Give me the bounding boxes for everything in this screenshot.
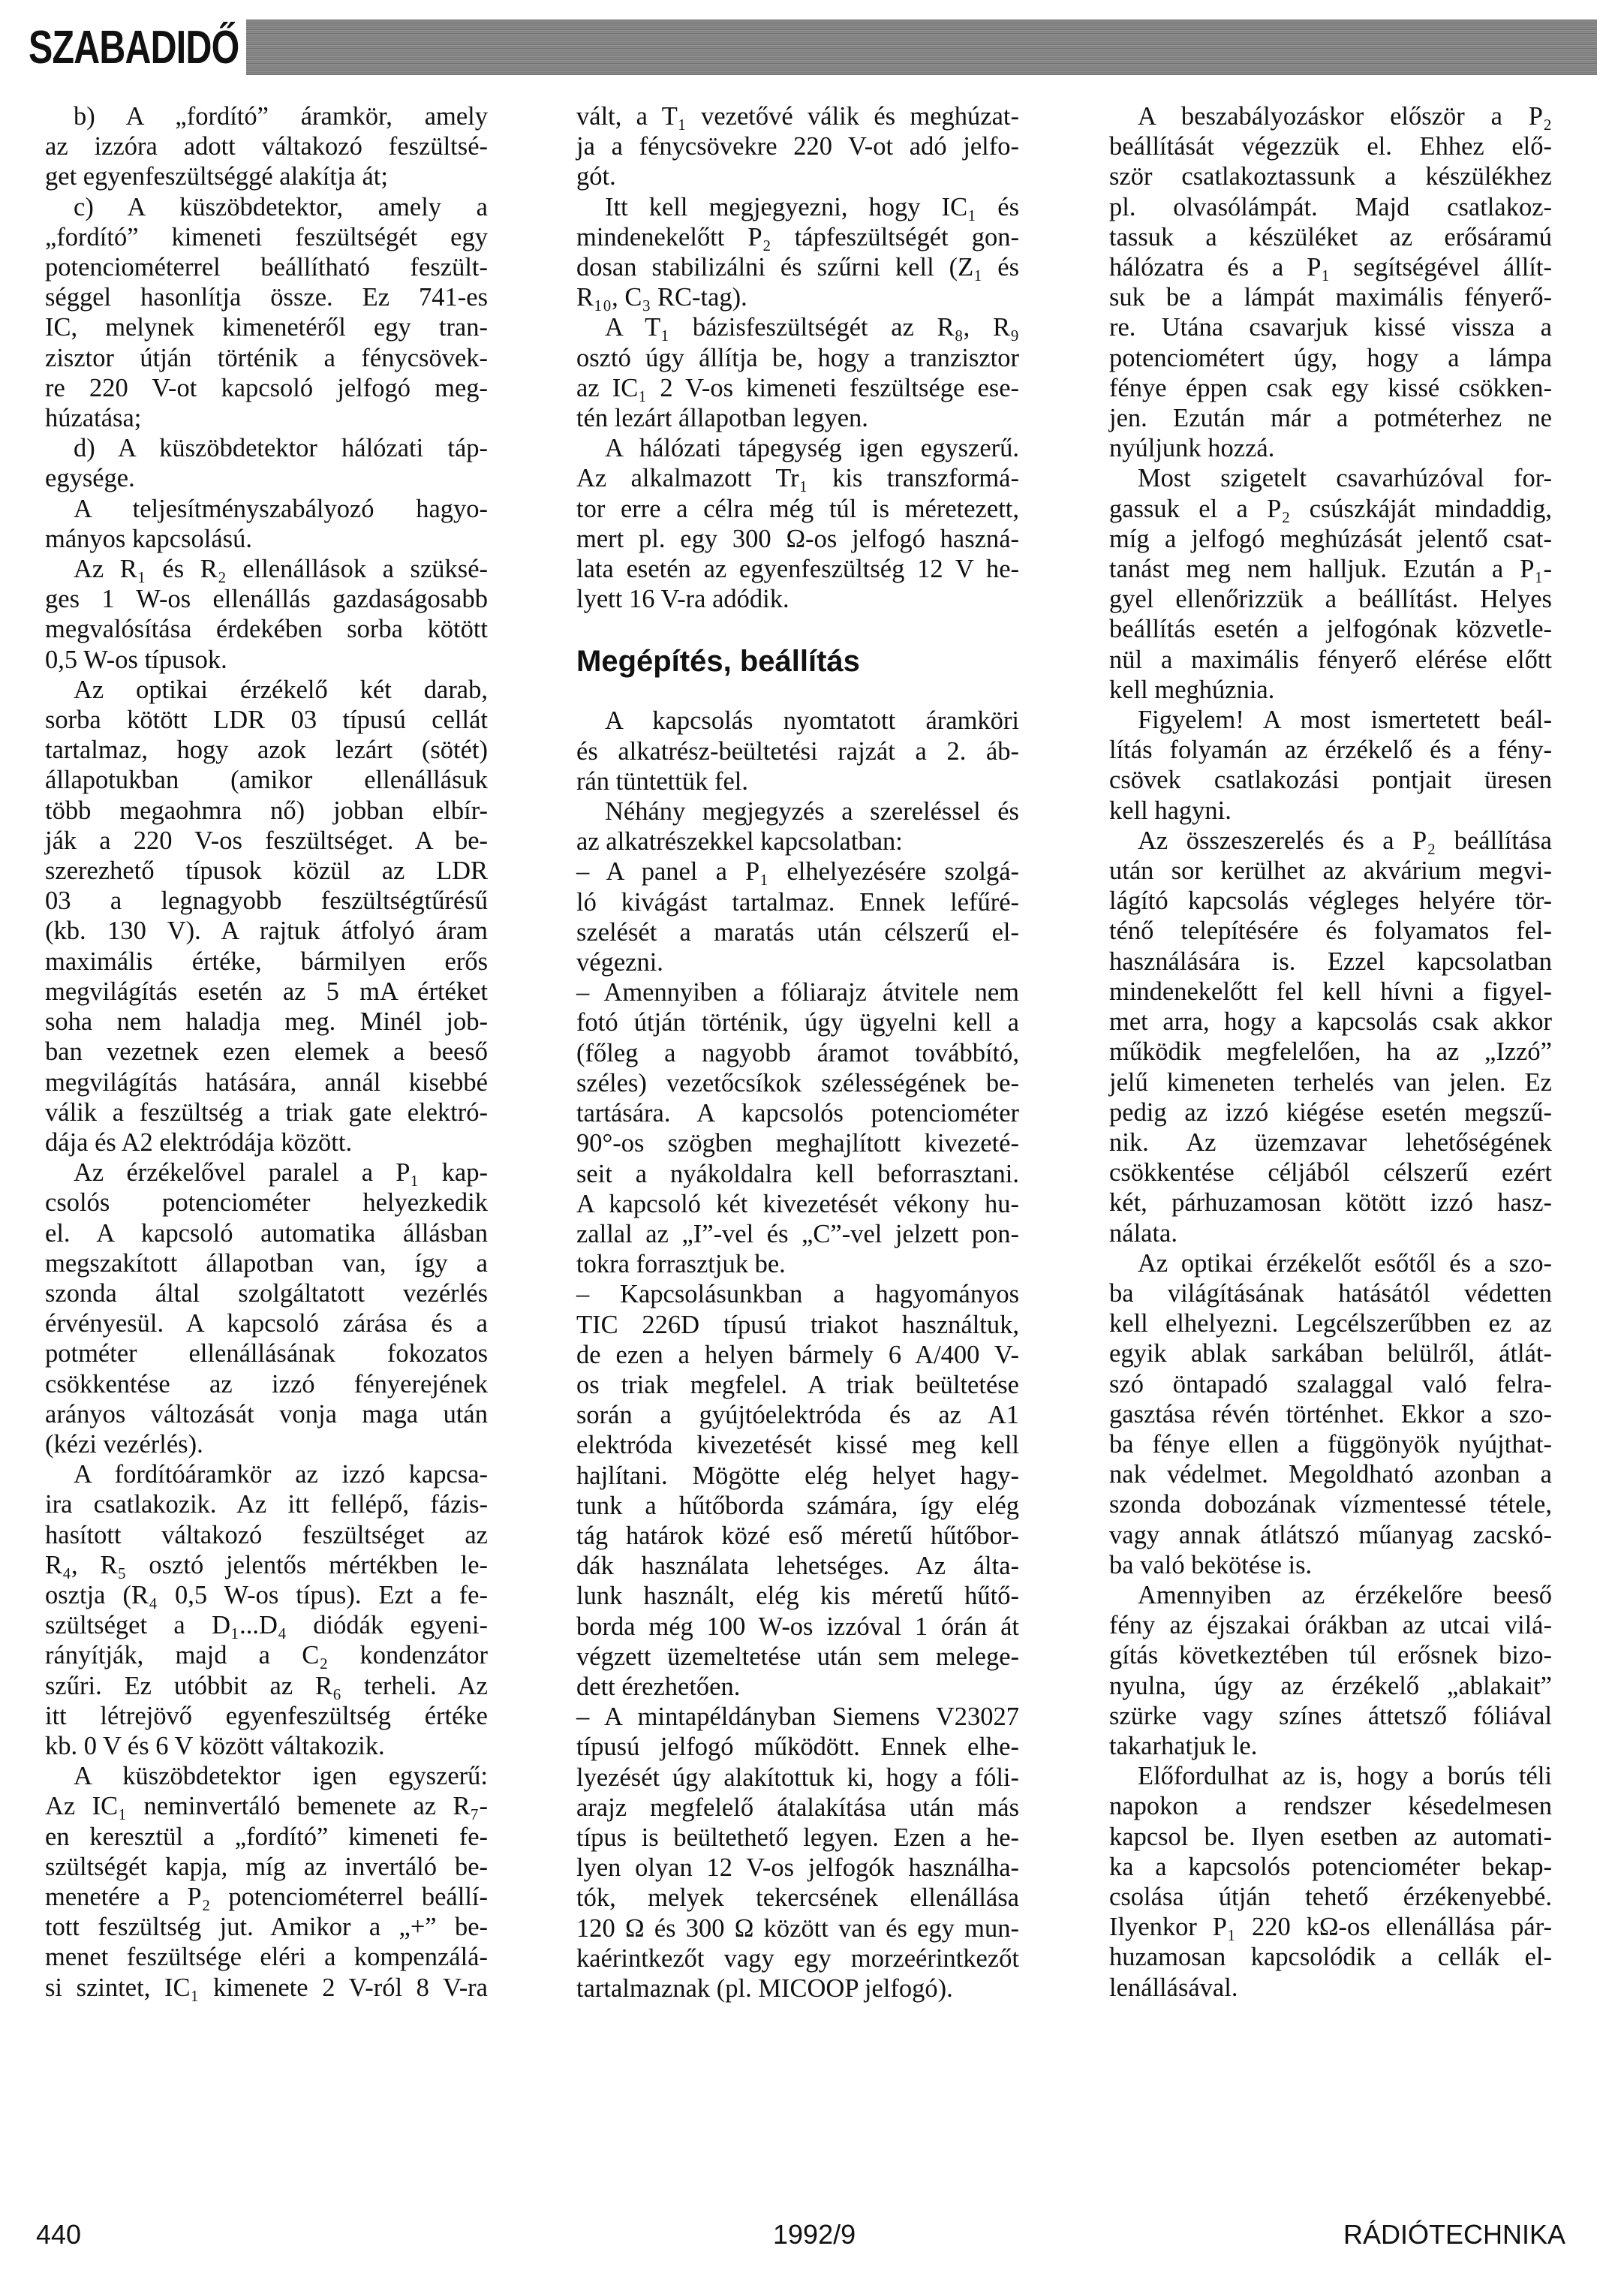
text-line: érvényesül. A kapcsoló zárása és a bbox=[45, 1308, 488, 1338]
text-line: tág határok közé eső méretű hűtőbor- bbox=[576, 1521, 1019, 1551]
text-line: A fordítóáramkör az izzó kapcsa- bbox=[45, 1459, 488, 1489]
magazine-name: RÁDIÓTECHNIKA bbox=[1343, 2219, 1565, 2250]
text-line: gót. bbox=[576, 161, 1019, 191]
text-line: maximális értéke, bármilyen erős bbox=[45, 947, 488, 977]
text-line: c) A küszöbdetektor, amely a bbox=[45, 192, 488, 222]
text-line: A küszöbdetektor igen egyszerű: bbox=[45, 1761, 488, 1791]
text-line: Az IC₁ neminvertáló bemenete az R₇- bbox=[45, 1791, 488, 1821]
text-line: típus is beültethető legyen. Ezen a he- bbox=[576, 1823, 1019, 1853]
text-line: Az alkalmazott Tr₁ kis transzformá- bbox=[576, 463, 1019, 493]
text-line: kb. 0 V és 6 V között váltakozik. bbox=[45, 1731, 488, 1761]
text-line: napokon a rendszer késedelmesen bbox=[1109, 1791, 1552, 1821]
text-line: seit a nyákoldalra kell beforrasztani. bbox=[576, 1159, 1019, 1189]
text-line: csökkentése céljából célszerű ezért bbox=[1109, 1158, 1552, 1188]
text-line: több megaohmra nő) jobban elbír- bbox=[45, 796, 488, 826]
text-line: nak védelmet. Megoldható azonban a bbox=[1109, 1459, 1552, 1489]
text-line: Az R₁ és R₂ ellenállások a szüksé- bbox=[45, 554, 488, 584]
text-line: hálózatra és a P₁ segítségével állít- bbox=[1109, 252, 1552, 282]
text-line: vált, a T₁ vezetővé válik és meghúzat- bbox=[576, 101, 1019, 131]
text-line: vagy annak átlátszó műanyag zacskó- bbox=[1109, 1520, 1552, 1550]
text-line: beállítását végezzük el. Ehhez elő- bbox=[1109, 131, 1552, 161]
text-line: lata esetén az egyenfeszültség 12 V he- bbox=[576, 554, 1019, 584]
text-line: potenciométerrel beállítható feszült- bbox=[45, 252, 488, 282]
text-line: el. A kapcsoló automatika állásban bbox=[45, 1218, 488, 1248]
text-line: tott feszültség jut. Amikor a „+” be- bbox=[45, 1912, 488, 1942]
text-line: zallal az „I”-vel és „C”-vel jelzett pon… bbox=[576, 1219, 1019, 1249]
text-line: széles) vezetőcsíkok szélességének be- bbox=[576, 1068, 1019, 1098]
text-line: hajlítani. Mögötte elég helyet hagy- bbox=[576, 1461, 1019, 1491]
text-line: lyen olyan 12 V-os jelfogók használha- bbox=[576, 1853, 1019, 1883]
text-line: az IC₁ 2 V-os kimeneti feszültsége ese- bbox=[576, 373, 1019, 403]
text-line: re 220 V-ot kapcsoló jelfogó meg- bbox=[45, 373, 488, 403]
text-line: tanást meg nem halljuk. Ezután a P₁- bbox=[1109, 554, 1552, 584]
text-line: gassuk el a P₂ csúszkáját mindaddig, bbox=[1109, 494, 1552, 524]
text-line: lunk használt, elég kis méretű hűtő- bbox=[576, 1581, 1019, 1611]
text-line: borda még 100 W-os izzóval 1 órán át bbox=[576, 1612, 1019, 1642]
page-number: 440 bbox=[36, 2219, 81, 2250]
text-line: os triak megfelel. A triak beültetése bbox=[576, 1370, 1019, 1400]
text-line: pl. olvasólámpát. Majd csatlakoz- bbox=[1109, 192, 1552, 222]
text-line: elektróda kivezetését kissé meg kell bbox=[576, 1430, 1019, 1460]
text-line: végezni. bbox=[576, 947, 1019, 977]
text-line: 90°-os szögben meghajlított kivezeté- bbox=[576, 1128, 1019, 1158]
text-line: ka a kapcsolós potenciométer bekap- bbox=[1109, 1852, 1552, 1882]
text-line: met arra, hogy a kapcsolás csak akkor bbox=[1109, 1007, 1552, 1037]
text-line: R₁₀, C₃ RC-tag). bbox=[576, 282, 1019, 312]
text-line: fény az éjszakai órákban az utcai vilá- bbox=[1109, 1610, 1552, 1640]
text-line: – Kapcsolásunkban a hagyományos bbox=[576, 1279, 1019, 1309]
text-line: használására is. Ezzel kapcsolatban bbox=[1109, 947, 1552, 977]
text-line: A kapcsolás nyomtatott áramköri bbox=[576, 706, 1019, 736]
text-line: kell meghúznia. bbox=[1109, 675, 1552, 705]
text-line: (főleg a nagyobb áramot továbbító, bbox=[576, 1038, 1019, 1068]
text-line: menetére a P₂ potenciométerrel beállí- bbox=[45, 1882, 488, 1912]
text-line: megszakított állapotban van, így a bbox=[45, 1248, 488, 1278]
text-line: suk be a lámpát maximális fényerő- bbox=[1109, 282, 1552, 312]
text-line: Ilyenkor P₁ 220 kΩ-os ellenállása pár- bbox=[1109, 1912, 1552, 1942]
text-line: dája és A2 elektródája között. bbox=[45, 1127, 488, 1158]
text-line: szelését a maratás után célszerű el- bbox=[576, 917, 1019, 947]
text-line: de ezen a helyen bármely 6 A/400 V- bbox=[576, 1340, 1019, 1370]
text-line: szerezhető típusok közül az LDR bbox=[45, 856, 488, 886]
text-line: míg a jelfogó meghúzását jelentő csat- bbox=[1109, 524, 1552, 554]
text-line: gasztása révén történhet. Ekkor a szo- bbox=[1109, 1399, 1552, 1429]
text-line: tor erre a célra még túl is méretezett, bbox=[576, 494, 1019, 524]
text-line: tén lezárt állapotban legyen. bbox=[576, 403, 1019, 433]
text-line: szültségét kapja, míg az invertáló be- bbox=[45, 1852, 488, 1882]
text-line: megvalósítása érdekében sorba kötött bbox=[45, 614, 488, 644]
text-line: tartalmaznak (pl. MICOOP jelfogó). bbox=[576, 1973, 1019, 2004]
text-line: TIC 226D típusú triakot használtuk, bbox=[576, 1310, 1019, 1340]
article-column-1: b) A „fordító” áramkör, amelyaz izzóra a… bbox=[45, 101, 488, 2003]
text-line: dett érezhetően. bbox=[576, 1672, 1019, 1702]
text-line: nyúljunk hozzá. bbox=[1109, 433, 1552, 463]
text-line: A T₁ bázisfeszültségét az R₈, R₉ bbox=[576, 312, 1019, 342]
text-line: arányos változását vonja maga után bbox=[45, 1399, 488, 1429]
text-line: szűri. Ez utóbbit az R₆ terheli. Az bbox=[45, 1671, 488, 1701]
text-line: ba fénye ellen a függönyök nyújthat- bbox=[1109, 1429, 1552, 1459]
text-line: során a gyújtóelektróda és az A1 bbox=[576, 1400, 1019, 1430]
column-2-intro: vált, a T₁ vezetővé válik és meghúzat-ja… bbox=[576, 101, 1019, 614]
text-line: ször csatlakoztassunk a készülékhez bbox=[1109, 161, 1552, 191]
text-line: ban vezetnek ezen elemek a beeső bbox=[45, 1037, 488, 1067]
text-line: mányos kapcsolású. bbox=[45, 524, 488, 554]
issue-number: 1992/9 bbox=[773, 2219, 856, 2250]
text-line: szonda dobozának vízmentessé tétele, bbox=[1109, 1489, 1552, 1519]
text-line: – A panel a P₁ elhelyezésére szolgá- bbox=[576, 857, 1019, 887]
text-line: osztja (R₄ 0,5 W-os típus). Ezt a fe- bbox=[45, 1580, 488, 1610]
text-line: IC, melynek kimenetéről egy tran- bbox=[45, 312, 488, 342]
text-line: az alkatrészekkel kapcsolatban: bbox=[576, 826, 1019, 857]
text-line: egysége. bbox=[45, 463, 488, 493]
text-line: kaérintkezőt vagy egy morzeérintkezőt bbox=[576, 1943, 1019, 1973]
text-line: nálata. bbox=[1109, 1218, 1552, 1248]
text-line: lyezését úgy alakítottuk ki, hogy a fóli… bbox=[576, 1763, 1019, 1793]
text-line: végzett üzemeltetése után sem melege- bbox=[576, 1642, 1019, 1672]
text-line: Itt kell megjegyezni, hogy IC₁ és bbox=[576, 192, 1019, 222]
text-line: Most szigetelt csavarhúzóval for- bbox=[1109, 463, 1552, 493]
text-line: dosan stabilizálni és szűrni kell (Z₁ és bbox=[576, 252, 1019, 282]
header-halftone-bar bbox=[246, 20, 1597, 75]
text-line: (kb. 130 V). A rajtuk átfolyó áram bbox=[45, 916, 488, 946]
text-line: pedig az izzó kiégése esetén megszű- bbox=[1109, 1097, 1552, 1127]
text-line: rán tüntettük fel. bbox=[576, 766, 1019, 796]
text-line: zisztor útján történik a fénycsövek- bbox=[45, 343, 488, 373]
text-line: ja a fénycsövekre 220 V-ot adó jelfo- bbox=[576, 131, 1019, 161]
text-line: típusú jelfogó működött. Ennek elhe- bbox=[576, 1732, 1019, 1762]
text-line: soha nem haladja meg. Minél job- bbox=[45, 1007, 488, 1037]
text-line: Az érzékelővel paralel a P₁ kap- bbox=[45, 1158, 488, 1188]
text-line: itt létrejövő egyenfeszültség értéke bbox=[45, 1701, 488, 1731]
text-line: Az optikai érzékelő két darab, bbox=[45, 675, 488, 705]
text-line: get egyenfeszültséggé alakítja át; bbox=[45, 161, 488, 191]
text-line: kell elhelyezni. Legcélszerűbben ez az bbox=[1109, 1308, 1552, 1338]
text-line: Figyelem! A most ismertetett beál- bbox=[1109, 705, 1552, 735]
text-line: szürke vagy színes áttetsző fóliával bbox=[1109, 1701, 1552, 1731]
text-line: mindenekelőtt fel kell hívni a figyel- bbox=[1109, 977, 1552, 1007]
text-line: gítás következtében túl erősnek bizo- bbox=[1109, 1640, 1552, 1670]
text-line: mert pl. egy 300 Ω-os jelfogó haszná- bbox=[576, 524, 1019, 554]
text-line: és alkatrész-beültetési rajzát a 2. áb- bbox=[576, 736, 1019, 766]
text-line: „fordító” kimeneti feszültségét egy bbox=[45, 222, 488, 252]
text-line: beállítás esetén a jelfogónak közvetle- bbox=[1109, 614, 1552, 644]
text-line: csolós potenciométer helyezkedik bbox=[45, 1188, 488, 1218]
text-line: 03 a legnagyobb feszültségtűrésű bbox=[45, 886, 488, 916]
text-line: 0,5 W-os típusok. bbox=[45, 645, 488, 675]
text-line: dák használata lehetséges. Az álta- bbox=[576, 1551, 1019, 1581]
text-line: lyett 16 V-ra adódik. bbox=[576, 584, 1019, 614]
text-line: jelű kimeneten terhelés van jelen. Ez bbox=[1109, 1067, 1552, 1097]
text-line: tokra forrasztjuk be. bbox=[576, 1249, 1019, 1279]
text-line: rányítják, majd a C₂ kondenzátor bbox=[45, 1640, 488, 1670]
text-line: potenciométert úgy, hogy a lámpa bbox=[1109, 343, 1552, 373]
text-line: lenállásával. bbox=[1109, 1973, 1552, 2003]
text-line: nik. Az üzemzavar lehetőségének bbox=[1109, 1127, 1552, 1158]
text-line: A hálózati tápegység igen egyszerű. bbox=[576, 433, 1019, 463]
text-line: kell hagyni. bbox=[1109, 796, 1552, 826]
text-line: húzatása; bbox=[45, 403, 488, 433]
column-2-body: A kapcsolás nyomtatott áramköriés alkatr… bbox=[576, 706, 1019, 2004]
text-line: fénye éppen csak egy kissé csökken- bbox=[1109, 373, 1552, 403]
text-line: az izzóra adott váltakozó feszültsé- bbox=[45, 131, 488, 161]
text-line: nül a maximális fényerő elérése előtt bbox=[1109, 645, 1552, 675]
text-line: osztó úgy állítja be, hogy a tranzisztor bbox=[576, 343, 1019, 373]
text-line: fotó útján történik, úgy ügyelni kell a bbox=[576, 1007, 1019, 1037]
text-line: Amennyiben az érzékelőre beeső bbox=[1109, 1580, 1552, 1610]
text-line: működik megfelelően, ha az „Izzó” bbox=[1109, 1037, 1552, 1067]
text-line: tunk a hűtőborda számára, így elég bbox=[576, 1491, 1019, 1521]
text-line: A kapcsoló két kivezetését vékony hu- bbox=[576, 1189, 1019, 1219]
text-line: en keresztül a „fordító” kimeneti fe- bbox=[45, 1822, 488, 1852]
text-line: – Amennyiben a fóliarajz átvitele nem bbox=[576, 977, 1019, 1007]
text-line: ják a 220 V-os feszültséget. A be- bbox=[45, 826, 488, 856]
text-line: Néhány megjegyzés a szereléssel és bbox=[576, 796, 1019, 826]
text-line: (kézi vezérlés). bbox=[45, 1429, 488, 1459]
text-line: megvilágítás hatására, annál kisebbé bbox=[45, 1067, 488, 1097]
text-line: két, párhuzamosan kötött izzó hasz- bbox=[1109, 1188, 1552, 1218]
text-line: Az összeszerelés és a P₂ beállítása bbox=[1109, 826, 1552, 856]
section-heading: Megépítés, beállítás bbox=[576, 643, 1019, 680]
text-line: szó öntapadó szalaggal való felra- bbox=[1109, 1369, 1552, 1399]
text-line: gyel ellenőrizzük a beállítást. Helyes bbox=[1109, 584, 1552, 614]
text-line: b) A „fordító” áramkör, amely bbox=[45, 101, 488, 131]
text-line: állapotukban (amikor ellenállásuk bbox=[45, 765, 488, 795]
text-line: – A mintapéldányban Siemens V23027 bbox=[576, 1702, 1019, 1732]
text-line: R₄, R₅ osztó jelentős mértékben le- bbox=[45, 1550, 488, 1580]
text-line: ba való bekötése is. bbox=[1109, 1550, 1552, 1580]
text-line: potméter ellenállásának fokozatos bbox=[45, 1338, 488, 1368]
text-line: lágító kapcsolás végleges helyére tör- bbox=[1109, 886, 1552, 916]
text-line: tartására. A kapcsolós potenciométer bbox=[576, 1098, 1019, 1128]
text-line: válik a feszültség a triak gate elektró- bbox=[45, 1097, 488, 1127]
text-line: mindenekelőtt P₂ tápfeszültségét gon- bbox=[576, 222, 1019, 252]
text-line: hasított váltakozó feszültséget az bbox=[45, 1520, 488, 1550]
text-line: tartalmaz, hogy azok lezárt (sötét) bbox=[45, 735, 488, 765]
article-column-2: vált, a T₁ vezetővé válik és meghúzat-ja… bbox=[576, 101, 1019, 2004]
text-line: A beszabályozáskor először a P₂ bbox=[1109, 101, 1552, 131]
text-line: si szintet, IC₁ kimenete 2 V-ról 8 V-ra bbox=[45, 1973, 488, 2003]
text-line: ba világításának hatásától védetten bbox=[1109, 1278, 1552, 1308]
text-line: csövek csatlakozási pontjait üresen bbox=[1109, 765, 1552, 795]
text-line: ira csatlakozik. Az itt fellépő, fázis- bbox=[45, 1489, 488, 1519]
text-line: takarhatjuk le. bbox=[1109, 1731, 1552, 1761]
text-line: A teljesítményszabályozó hagyo- bbox=[45, 494, 488, 524]
text-line: után sor kerülhet az akvárium megvi- bbox=[1109, 856, 1552, 886]
text-line: ló kivágást tartalmaz. Ennek lefűré- bbox=[576, 887, 1019, 917]
text-line: tók, melyek tekercsének ellenállása bbox=[576, 1883, 1019, 1913]
text-line: jen. Ezután már a potméterhez ne bbox=[1109, 403, 1552, 433]
text-line: ténő telepítésére és folyamatos fel- bbox=[1109, 916, 1552, 946]
text-line: arajz megfelelő átalakítása után más bbox=[576, 1793, 1019, 1823]
text-line: séggel hasonlítja össze. Ez 741-es bbox=[45, 282, 488, 312]
text-line: szonda által szolgáltatott vezérlés bbox=[45, 1278, 488, 1308]
text-line: szültséget a D₁...D₄ diódák egyeni- bbox=[45, 1610, 488, 1640]
text-line: csökkentése az izzó fényerejének bbox=[45, 1369, 488, 1399]
section-title: SZABADIDŐ bbox=[29, 17, 239, 80]
text-line: kapcsol be. Ilyen esetben az automati- bbox=[1109, 1822, 1552, 1852]
text-line: csolása útján tehető érzékenyebbé. bbox=[1109, 1882, 1552, 1912]
text-line: lítás folyamán az érzékelő és a fény- bbox=[1109, 735, 1552, 765]
text-line: egyik ablak sarkában belülről, átlát- bbox=[1109, 1338, 1552, 1368]
article-column-3: A beszabályozáskor először a P₂beállítás… bbox=[1109, 101, 1552, 2003]
text-line: huzamosan kapcsolódik a cellák el- bbox=[1109, 1942, 1552, 1972]
text-line: 120 Ω és 300 Ω között van és egy mun- bbox=[576, 1913, 1019, 1943]
text-line: d) A küszöbdetektor hálózati táp- bbox=[45, 433, 488, 463]
text-line: Az optikai érzékelőt esőtől és a szo- bbox=[1109, 1248, 1552, 1278]
text-line: Előfordulhat az is, hogy a borús téli bbox=[1109, 1761, 1552, 1791]
page-footer: 440 1992/9 RÁDIÓTECHNIKA bbox=[0, 2219, 1624, 2249]
page-header: SZABADIDŐ bbox=[29, 17, 1597, 80]
text-line: menet feszültsége eléri a kompenzálá- bbox=[45, 1942, 488, 1972]
text-line: re. Utána csavarjuk kissé vissza a bbox=[1109, 312, 1552, 342]
text-line: sorba kötött LDR 03 típusú cellát bbox=[45, 705, 488, 735]
text-line: megvilágítás esetén az 5 mA értéket bbox=[45, 977, 488, 1007]
text-line: tassuk a készüléket az erősáramú bbox=[1109, 222, 1552, 252]
text-line: ges 1 W-os ellenállás gazdaságosabb bbox=[45, 584, 488, 614]
text-line: nyulna, úgy az érzékelő „ablakait” bbox=[1109, 1671, 1552, 1701]
